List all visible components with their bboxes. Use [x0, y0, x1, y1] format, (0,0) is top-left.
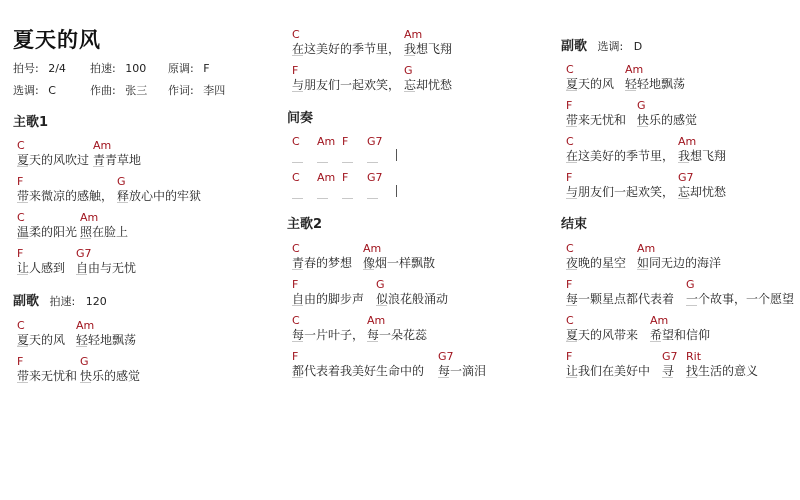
- section-title-interlude: 间奏: [287, 107, 313, 126]
- chord-underline: [625, 90, 636, 91]
- lyric: 释放心中的牢狱: [117, 187, 201, 204]
- chord: Am: [317, 171, 335, 184]
- meta-label: 拍速:: [90, 62, 116, 75]
- chord-underline: [317, 162, 328, 163]
- meta-label: 选调:: [13, 84, 39, 97]
- barline: [396, 185, 397, 197]
- section-title-verse2: 主歌2: [287, 213, 322, 232]
- chord-underline: [566, 341, 577, 342]
- chord-underline: [637, 126, 648, 127]
- chord-underline: [76, 346, 87, 347]
- chord-underline: [17, 274, 28, 275]
- meta-value: 2/4: [48, 62, 66, 75]
- meta-lyricist: 作词: 李四: [168, 82, 248, 98]
- section-tempo-value: 120: [86, 295, 107, 308]
- meta-selected-key: 选调: C: [13, 82, 93, 98]
- chord: C: [292, 171, 300, 184]
- chord: C: [292, 135, 300, 148]
- meta-time-signature: 拍号: 2/4: [13, 60, 93, 76]
- chord-underline: [566, 305, 577, 306]
- chord-underline: [342, 198, 353, 199]
- chord-underline: [17, 382, 28, 383]
- chord-underline: [292, 305, 303, 306]
- lyric: 如同无边的海洋: [637, 254, 721, 271]
- chord-underline: [566, 126, 577, 127]
- meta-value: F: [203, 62, 209, 75]
- lyric: 在这美好的季节里，: [566, 147, 674, 164]
- chord-underline: [292, 269, 303, 270]
- lyric: 一个故事，一个愿望: [686, 290, 794, 307]
- section-title-outro: 结束: [561, 213, 587, 232]
- song-title: 夏天的风: [13, 24, 101, 54]
- lyric: 每一颗星点都代表着: [566, 290, 674, 307]
- chord-underline: [566, 377, 577, 378]
- chord-underline: [80, 238, 91, 239]
- chord-underline: [566, 269, 577, 270]
- section-title-text: 副歌: [561, 39, 587, 54]
- chord-underline: [292, 162, 303, 163]
- meta-composer: 作曲: 张三: [90, 82, 170, 98]
- chord-underline: [292, 341, 303, 342]
- chord-underline: [363, 269, 374, 270]
- chord-underline: [637, 269, 648, 270]
- section-title-verse1: 主歌1: [13, 111, 48, 130]
- chord-underline: [566, 90, 577, 91]
- section-title-chorus1: 副歌 拍速: 120: [13, 290, 107, 309]
- chord-underline: [686, 377, 697, 378]
- section-key-value: D: [634, 40, 642, 53]
- chord-underline: [17, 238, 28, 239]
- chord-underline: [117, 202, 128, 203]
- lyric: 让我们在美好中: [566, 362, 650, 379]
- meta-value: C: [48, 84, 56, 97]
- barline: [396, 149, 397, 161]
- chord-underline: [342, 162, 353, 163]
- meta-label: 作曲:: [90, 84, 116, 97]
- chord-underline: [317, 198, 328, 199]
- chord-underline: [686, 305, 697, 306]
- meta-value: 张三: [125, 84, 147, 97]
- chord-underline: [404, 91, 415, 92]
- chord-underline: [662, 377, 673, 378]
- meta-value: 100: [125, 62, 146, 75]
- chord-underline: [566, 162, 577, 163]
- section-title-text: 副歌: [13, 294, 39, 309]
- meta-original-key: 原调: F: [168, 60, 248, 76]
- chord: Am: [317, 135, 335, 148]
- chord-underline: [17, 346, 28, 347]
- chord-underline: [292, 198, 303, 199]
- chord-underline: [17, 166, 28, 167]
- lyric: 带来微凉的感触，: [17, 187, 113, 204]
- chord-underline: [292, 91, 303, 92]
- chord-underline: [367, 341, 378, 342]
- chord: F: [342, 171, 348, 184]
- chord-underline: [438, 377, 449, 378]
- chord: F: [342, 135, 348, 148]
- chord-underline: [292, 377, 303, 378]
- meta-label: 拍号:: [13, 62, 39, 75]
- chord-underline: [93, 166, 104, 167]
- chord-underline: [678, 198, 689, 199]
- chord-underline: [376, 305, 387, 306]
- chord-underline: [80, 382, 91, 383]
- chord-underline: [17, 202, 28, 203]
- chord-underline: [292, 55, 303, 56]
- meta-label: 作词:: [168, 84, 194, 97]
- chord-underline: [566, 198, 577, 199]
- meta-label: 原调:: [168, 62, 194, 75]
- lyric: 与朋友们一起欢笑，: [566, 183, 674, 200]
- section-key-label: 选调:: [598, 40, 624, 53]
- lyric: 都代表着我美好生命中的: [292, 362, 424, 379]
- lyric: 在这美好的季节里，: [292, 40, 400, 57]
- chord-underline: [367, 162, 378, 163]
- meta-tempo: 拍速: 100: [90, 60, 170, 76]
- chord-underline: [404, 55, 415, 56]
- chord: G7: [367, 135, 383, 148]
- section-tempo-label: 拍速:: [50, 295, 76, 308]
- chord: G7: [367, 171, 383, 184]
- section-title-chorus2: 副歌 选调: D: [561, 35, 642, 54]
- chord-underline: [76, 274, 87, 275]
- lyric: 与朋友们一起欢笑，: [292, 76, 400, 93]
- chord-underline: [367, 198, 378, 199]
- chord-underline: [678, 162, 689, 163]
- meta-value: 李四: [203, 84, 225, 97]
- chord-underline: [650, 341, 661, 342]
